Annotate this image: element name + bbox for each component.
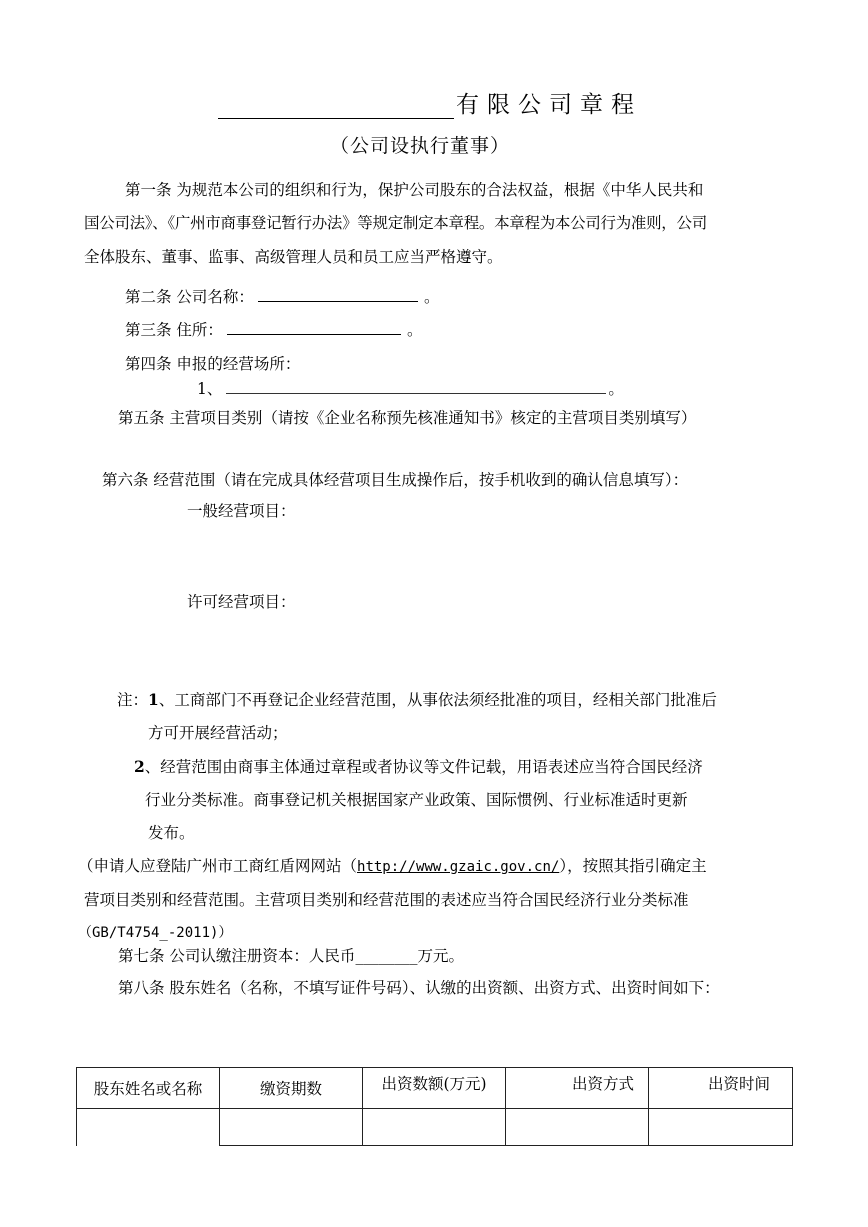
guide-text-post: ），按照其指引确定主: [559, 857, 706, 875]
licensed-business-items-field[interactable]: [187, 616, 787, 676]
note-2-line-1: 2、经营范围由商事主体通过章程或者协议等文件记载，用语表述应当符合国民经济: [134, 757, 703, 777]
cell-shareholder-name[interactable]: [77, 1109, 220, 1146]
note-1-text: 、工商部门不再登记企业经营范围，从事依法须经批准的项目，经相关部门批准后: [159, 691, 717, 709]
general-business-items-label: 一般经营项目：: [187, 501, 296, 521]
note-2-number: 2: [134, 757, 145, 776]
article-4-item-prefix: 1、: [197, 380, 222, 398]
registered-capital-field[interactable]: ________: [355, 947, 417, 965]
article-3-label: 第三条 住所：: [125, 321, 223, 339]
article-8: 第八条 股东姓名（名称，不填写证件号码）、认缴的出资额、出资方式、出资时间如下：: [118, 978, 720, 998]
header-shareholder-name: 股东姓名或名称: [77, 1068, 220, 1109]
article-1-line-1: 第一条 为规范本公司的组织和行为，保护公司股东的合法权益，根据《中华人民共和: [125, 180, 703, 200]
licensed-business-items-label: 许可经营项目：: [187, 592, 296, 612]
guide-line-1: （申请人应登陆广州市工商红盾网网站（http://www.gzaic.gov.c…: [78, 856, 707, 877]
header-contribution-method: 出资方式: [506, 1068, 649, 1109]
guide-line-3: （GB/T4754_-2011)）: [78, 923, 232, 943]
document-subtitle: （公司设执行董事）: [330, 131, 510, 158]
article-4-label: 第四条 申报的经营场所：: [125, 354, 300, 374]
article-5: 第五条 主营项目类别（请按《企业名称预先核准通知书》核定的主营项目类别填写）: [118, 408, 696, 428]
article-2: 第二条 公司名称：。: [125, 287, 439, 307]
company-name-blank[interactable]: [218, 94, 454, 119]
note-1-line-2: 方可开展经营活动；: [148, 723, 288, 743]
article-3: 第三条 住所：。: [125, 320, 422, 340]
header-contribution-time: 出资时间: [649, 1068, 793, 1109]
note-2-line-3: 发布。: [148, 823, 195, 843]
table-header-row: 股东姓名或名称 缴资期数 出资数额(万元) 出资方式 出资时间: [77, 1068, 793, 1109]
article-7-unit: 万元。: [417, 947, 464, 965]
note-prefix: 注：: [117, 691, 148, 709]
article-1-line-3: 全体股东、董事、监事、高级管理人员和员工应当严格遵守。: [84, 247, 503, 267]
business-premises-field[interactable]: [226, 379, 606, 394]
gzaic-website-link[interactable]: http://www.gzaic.gov.cn/: [357, 859, 559, 875]
article-7: 第七条 公司认缴注册资本：人民币________万元。: [118, 946, 464, 966]
general-business-items-field[interactable]: [187, 525, 787, 580]
guide-line-2: 营项目类别和经营范围。主营项目类别和经营范围的表述应当符合国民经济行业分类标准: [84, 890, 689, 910]
header-installment-count: 缴资期数: [220, 1068, 363, 1109]
article-4-end: 。: [608, 380, 624, 398]
cell-contribution-time[interactable]: [649, 1109, 793, 1146]
address-field[interactable]: [227, 320, 401, 335]
cell-installment-count[interactable]: [220, 1109, 363, 1146]
note-2-text: 、经营范围由商事主体通过章程或者协议等文件记载，用语表述应当符合国民经济: [145, 758, 703, 776]
header-contribution-amount: 出资数额(万元): [363, 1068, 506, 1109]
cell-contribution-method[interactable]: [506, 1109, 649, 1146]
article-7-label: 第七条 公司认缴注册资本：人民币: [118, 947, 355, 965]
note-2-line-2: 行业分类标准。商事登记机关根据国家产业政策、国际惯例、行业标准适时更新: [145, 790, 688, 810]
note-1-number: 1: [148, 690, 159, 709]
table-row: [77, 1109, 793, 1146]
company-name-field[interactable]: [258, 287, 418, 302]
article-4-item: 1、。: [197, 379, 624, 399]
cell-contribution-amount[interactable]: [363, 1109, 506, 1146]
article-6: 第六条 经营范围（请在完成具体经营项目生成操作后，按手机收到的确认信息填写）：: [102, 470, 688, 490]
shareholder-contribution-table: 股东姓名或名称 缴资期数 出资数额(万元) 出资方式 出资时间: [76, 1067, 793, 1146]
guide-text-pre: （申请人应登陆广州市工商红盾网网站（: [78, 857, 357, 875]
title-suffix: 有限公司章程: [456, 92, 642, 118]
document-title: 有限公司章程: [218, 86, 642, 119]
article-2-end: 。: [424, 288, 440, 306]
article-3-end: 。: [407, 321, 423, 339]
note-1-line-1: 注：1、工商部门不再登记企业经营范围，从事依法须经批准的项目，经相关部门批准后: [117, 690, 717, 710]
article-2-label: 第二条 公司名称：: [125, 288, 254, 306]
article-1-line-2: 国公司法》、《广州市商事登记暂行办法》等规定制定本章程。本章程为本公司行为准则，…: [84, 213, 707, 233]
